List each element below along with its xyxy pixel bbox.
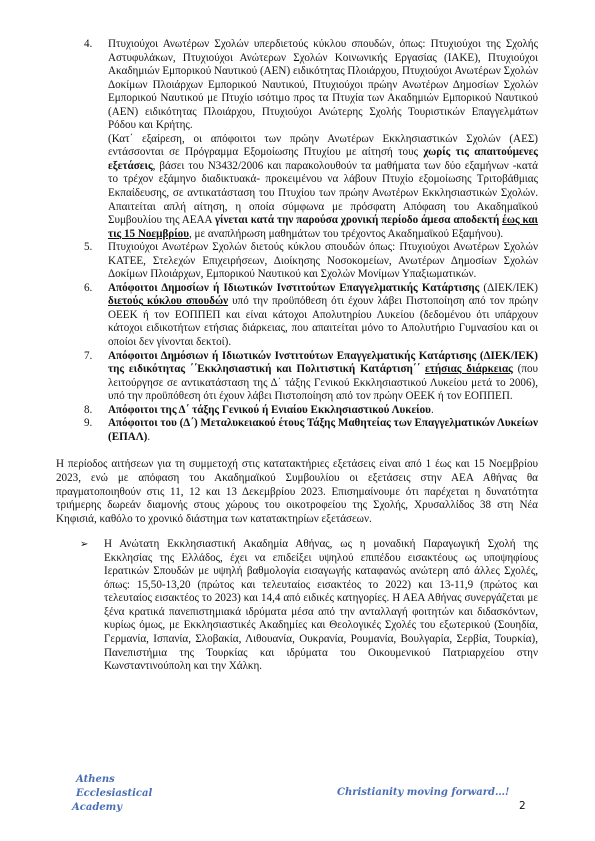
list-item-9: 9. Απόφοιτοι του (Δ΄) Μεταλυκειακού έτου…	[80, 417, 538, 444]
item-plain: .	[147, 431, 150, 443]
logo-line-3: Academy	[72, 801, 152, 815]
footer-logo-text: Athens Ecclesiastical Academy	[72, 773, 152, 815]
item-text: Πτυχιούχοι Ανωτέρων Σχολών διετούς κύκλο…	[108, 241, 538, 282]
item-plain: (ΔΙΕΚ/ΙΕΚ)	[479, 282, 538, 294]
item-text: Απόφοιτοι της Δ΄ τάξης Γενικού ή Ενιαίου…	[108, 404, 538, 418]
list-item-4: 4. Πτυχιούχοι Ανωτέρων Σχολών υπερδιετού…	[80, 38, 538, 241]
arrow-bullet-icon: ➢	[80, 538, 88, 552]
item-number: 5.	[84, 241, 92, 255]
item-text: Απόφοιτοι του (Δ΄) Μεταλυκειακού έτους Τ…	[108, 417, 538, 444]
list-item-6: 6. Απόφοιτοι Δημοσίων ή Ιδιωτικών Ινστιτ…	[80, 282, 538, 350]
note-emphasis: γίνεται κατά την παρούσα χρονική περίοδο…	[215, 214, 502, 226]
item-number: 8.	[84, 404, 92, 418]
page-number: 2	[519, 800, 526, 812]
list-item-7: 7. Απόφοιτοι Δημόσιων ή Ιδιωτικών Ινστιτ…	[80, 350, 538, 404]
item-emphasis: Απόφοιτοι Δημοσίων ή Ιδιωτικών Ινστιτούτ…	[108, 282, 479, 294]
item-underlined: διετούς κύκλου σπουδών	[108, 295, 228, 307]
item-emphasis: Απόφοιτοι της Δ΄ τάξης Γενικού ή Ενιαίου…	[108, 404, 431, 416]
logo-line-1: Athens	[72, 773, 152, 787]
application-period-paragraph: Η περίοδος αιτήσεων για τη συμμετοχή στι…	[56, 458, 538, 526]
item-note: (Κατ΄ εξαίρεση, οι απόφοιτοι των πρώην Α…	[108, 133, 538, 241]
logo-line-2: Ecclesiastical	[72, 787, 152, 801]
item-number: 4.	[84, 38, 92, 52]
item-text: Απόφοιτοι Δημόσιων ή Ιδιωτικών Ινστιτούτ…	[108, 350, 538, 404]
item-text: Απόφοιτοι Δημοσίων ή Ιδιωτικών Ινστιτούτ…	[108, 282, 538, 350]
item-emphasis: Απόφοιτοι του (Δ΄) Μεταλυκειακού έτους Τ…	[108, 417, 538, 443]
note-text: , με αναπλήρωση μαθημάτων του τρέχοντος …	[189, 228, 503, 240]
academy-bullet: ➢ Η Ανώτατη Εκκλησιαστική Ακαδημία Αθήνα…	[80, 538, 538, 673]
page-body: 4. Πτυχιούχοι Ανωτέρων Σχολών υπερδιετού…	[80, 38, 538, 674]
item-number: 6.	[84, 282, 92, 296]
list-item-5: 5. Πτυχιούχοι Ανωτέρων Σχολών διετούς κύ…	[80, 241, 538, 282]
item-number: 9.	[84, 417, 92, 431]
list-item-8: 8. Απόφοιτοι της Δ΄ τάξης Γενικού ή Ενια…	[80, 404, 538, 418]
item-underlined: ετήσιας διάρκειας	[425, 363, 513, 375]
footer-tagline: Christianity moving forward…!	[337, 787, 509, 798]
item-text: Πτυχιούχοι Ανωτέρων Σχολών υπερδιετούς κ…	[108, 38, 538, 133]
eligibility-list: 4. Πτυχιούχοι Ανωτέρων Σχολών υπερδιετού…	[80, 38, 538, 444]
document-page: 4. Πτυχιούχοι Ανωτέρων Σχολών υπερδιετού…	[0, 0, 595, 841]
item-number: 7.	[84, 350, 92, 364]
bullet-text: Η Ανώτατη Εκκλησιαστική Ακαδημία Αθήνας,…	[104, 538, 538, 672]
item-plain: .	[431, 404, 434, 416]
